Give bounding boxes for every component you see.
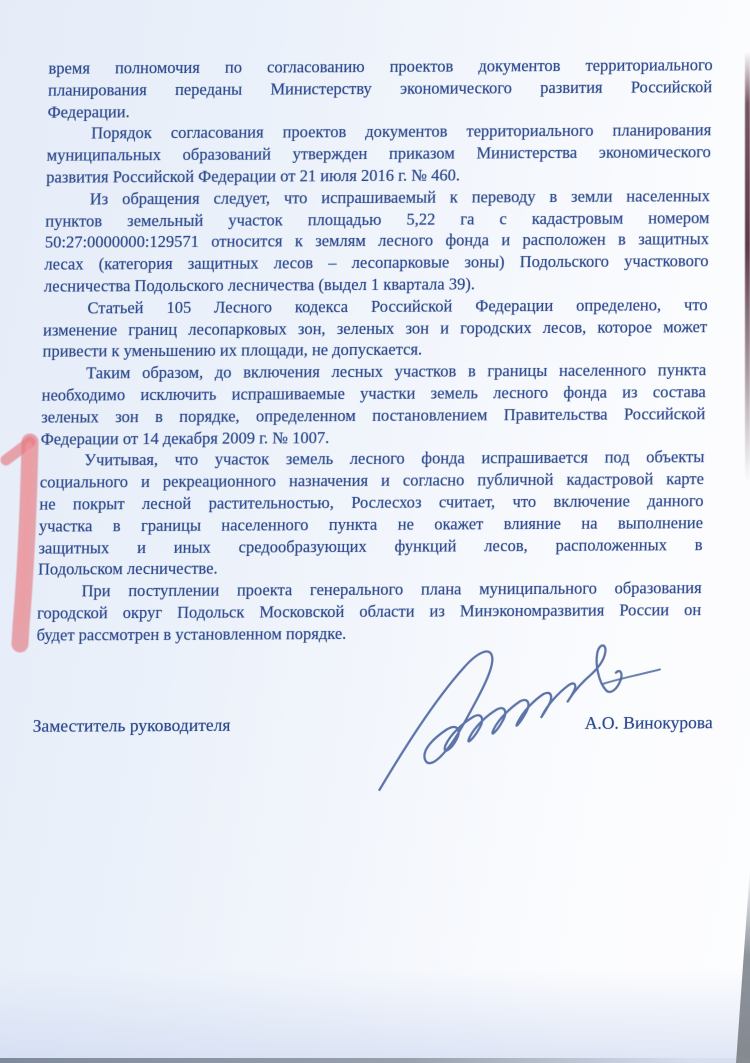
photo-edge-bottom — [0, 1058, 750, 1063]
text-line: Из обращения следует, что испрашиваемый … — [46, 185, 711, 210]
signer-name: А.О. Винокурова — [585, 712, 713, 734]
text-line: городской округ Подольск Московской обла… — [37, 599, 702, 624]
text-line: необходимо исключить испрашиваемые участ… — [41, 381, 706, 406]
text-line: зеленых зон в порядке, определенном пост… — [41, 403, 706, 428]
photo-edge-right — [745, 52, 750, 482]
text-line: время полномочия по согласованию проекто… — [48, 54, 713, 79]
text-line: муниципальных образований утвержден прик… — [47, 141, 712, 166]
text-line: лесах (категория защитных лесов – лесопа… — [44, 250, 709, 275]
text-line: Статьей 105 Лесного кодекса Российской Ф… — [43, 294, 708, 319]
text-line: защитных и иных средообразующих функций … — [38, 534, 703, 559]
text-line: планирования переданы Министерству эконо… — [48, 76, 713, 101]
text-line: участка в границы населенного пункта не … — [39, 512, 704, 537]
photo-edge-corner — [736, 868, 750, 1063]
signer-position: Заместитель руководителя — [33, 715, 231, 737]
document-body: время полномочия по согласованию проекто… — [36, 54, 712, 646]
text-line: не покрыт лесной растительностью, Рослес… — [39, 490, 704, 515]
paper: время полномочия по согласованию проекто… — [0, 0, 750, 1063]
letter-page: { "page": { "kind": "scanned official le… — [0, 0, 750, 1063]
text-line: изменение границ лесопарковых зон, зелен… — [43, 316, 708, 341]
